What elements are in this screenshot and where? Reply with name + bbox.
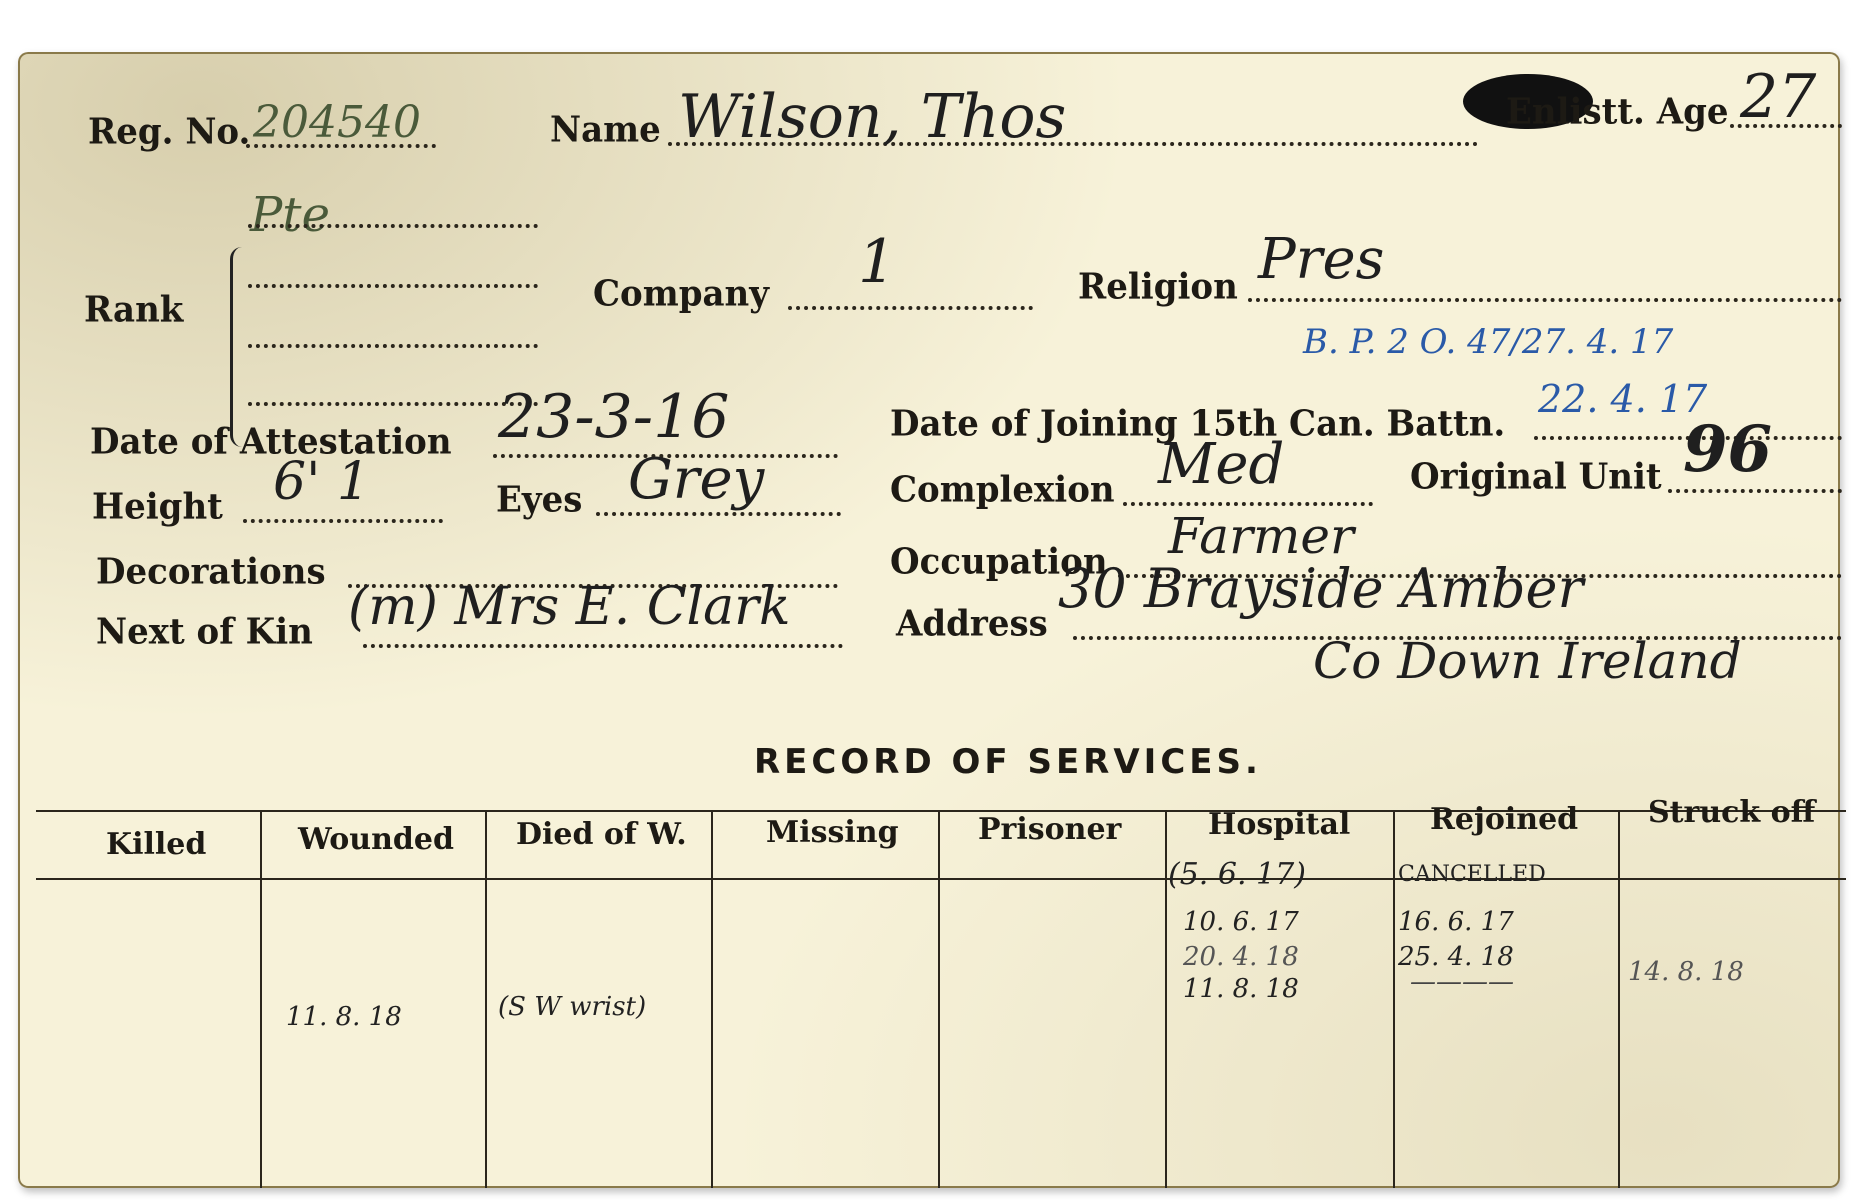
col-hospital: Hospital <box>1208 807 1350 842</box>
next-of-kin-line <box>363 644 843 648</box>
reg-no-value: 204540 <box>253 97 421 148</box>
eyes-line <box>596 512 841 516</box>
table-header-line <box>36 878 1846 880</box>
col-killed: Killed <box>106 827 206 862</box>
height-line <box>243 519 443 523</box>
col-divider <box>938 812 940 1188</box>
original-unit-label: Original Unit <box>1410 456 1662 498</box>
col-divider <box>1618 812 1620 1188</box>
attestation-label: Date of Attestation <box>90 421 452 463</box>
col-divider <box>260 812 262 1188</box>
struck-off-entry: 14. 8. 18 <box>1628 957 1744 987</box>
reg-no-label: Reg. No. <box>88 111 250 153</box>
enlist-age-label: Enlistt. Age <box>1506 91 1728 133</box>
col-prisoner: Prisoner <box>978 812 1121 847</box>
col-divider <box>1393 812 1395 1188</box>
name-label: Name <box>550 109 661 151</box>
record-title: RECORD OF SERVICES. <box>754 742 1262 782</box>
col-struck-off: Struck off <box>1648 795 1815 830</box>
original-unit-value: 96 <box>1683 412 1772 487</box>
rank-line-4 <box>248 402 538 406</box>
col-wounded: Wounded <box>298 822 454 857</box>
hospital-entry: (5. 6. 17) <box>1168 857 1306 892</box>
height-label: Height <box>92 486 223 528</box>
eyes-value: Grey <box>628 447 764 512</box>
service-record-card: Reg. No. 204540 Name Wilson, Thos Enlist… <box>18 52 1840 1188</box>
address-value-2: Co Down Ireland <box>1313 632 1742 690</box>
col-divider <box>485 812 487 1188</box>
col-rejoined: Rejoined <box>1430 802 1578 837</box>
rank-line-3 <box>248 344 538 348</box>
complexion-label: Complexion <box>890 469 1115 511</box>
col-died-of-w: Died of W. <box>516 817 687 852</box>
religion-value: Pres <box>1258 227 1384 292</box>
col-divider <box>1165 812 1167 1188</box>
religion-line <box>1248 298 1842 302</box>
enlist-age-value: 27 <box>1740 62 1816 132</box>
name-value: Wilson, Thos <box>678 82 1066 152</box>
complexion-value: Med <box>1158 432 1284 497</box>
hospital-entry: 10. 6. 17 <box>1183 907 1299 937</box>
religion-label: Religion <box>1078 266 1238 308</box>
rank-value: Pte <box>250 187 330 243</box>
attestation-value: 23-3-16 <box>498 382 729 452</box>
company-line <box>788 306 1033 310</box>
died-of-w-entry: (S W wrist) <box>498 992 646 1022</box>
decorations-label: Decorations <box>96 551 326 593</box>
company-label: Company <box>593 273 769 315</box>
address-label: Address <box>896 603 1048 645</box>
col-missing: Missing <box>766 815 899 850</box>
eyes-label: Eyes <box>496 479 582 521</box>
rank-brace <box>230 247 249 447</box>
rank-line-1 <box>248 224 538 228</box>
next-of-kin-value: (m) Mrs E. Clark <box>348 577 791 637</box>
joining-value: 22. 4. 17 <box>1538 377 1707 421</box>
address-value: 30 Brayside Amber <box>1058 557 1583 620</box>
col-divider <box>711 812 713 1188</box>
original-unit-line <box>1668 489 1842 493</box>
rank-label: Rank <box>84 289 183 331</box>
company-value: 1 <box>858 227 896 297</box>
rejoined-entry: 16. 6. 17 <box>1398 907 1514 937</box>
rank-line-2 <box>248 284 538 288</box>
height-value: 6' 1 <box>273 452 370 512</box>
rejoined-entry: CANCELLED <box>1398 862 1546 887</box>
rejoined-entry: ———— <box>1410 967 1514 997</box>
next-of-kin-label: Next of Kin <box>96 611 313 653</box>
wounded-entry: 11. 8. 18 <box>286 1002 402 1032</box>
bp-note: B. P. 2 O. 47/27. 4. 17 <box>1303 322 1673 362</box>
hospital-entry: 11. 8. 18 <box>1183 974 1299 1004</box>
complexion-line <box>1123 502 1373 506</box>
hospital-entry: 20. 4. 18 <box>1183 942 1299 972</box>
